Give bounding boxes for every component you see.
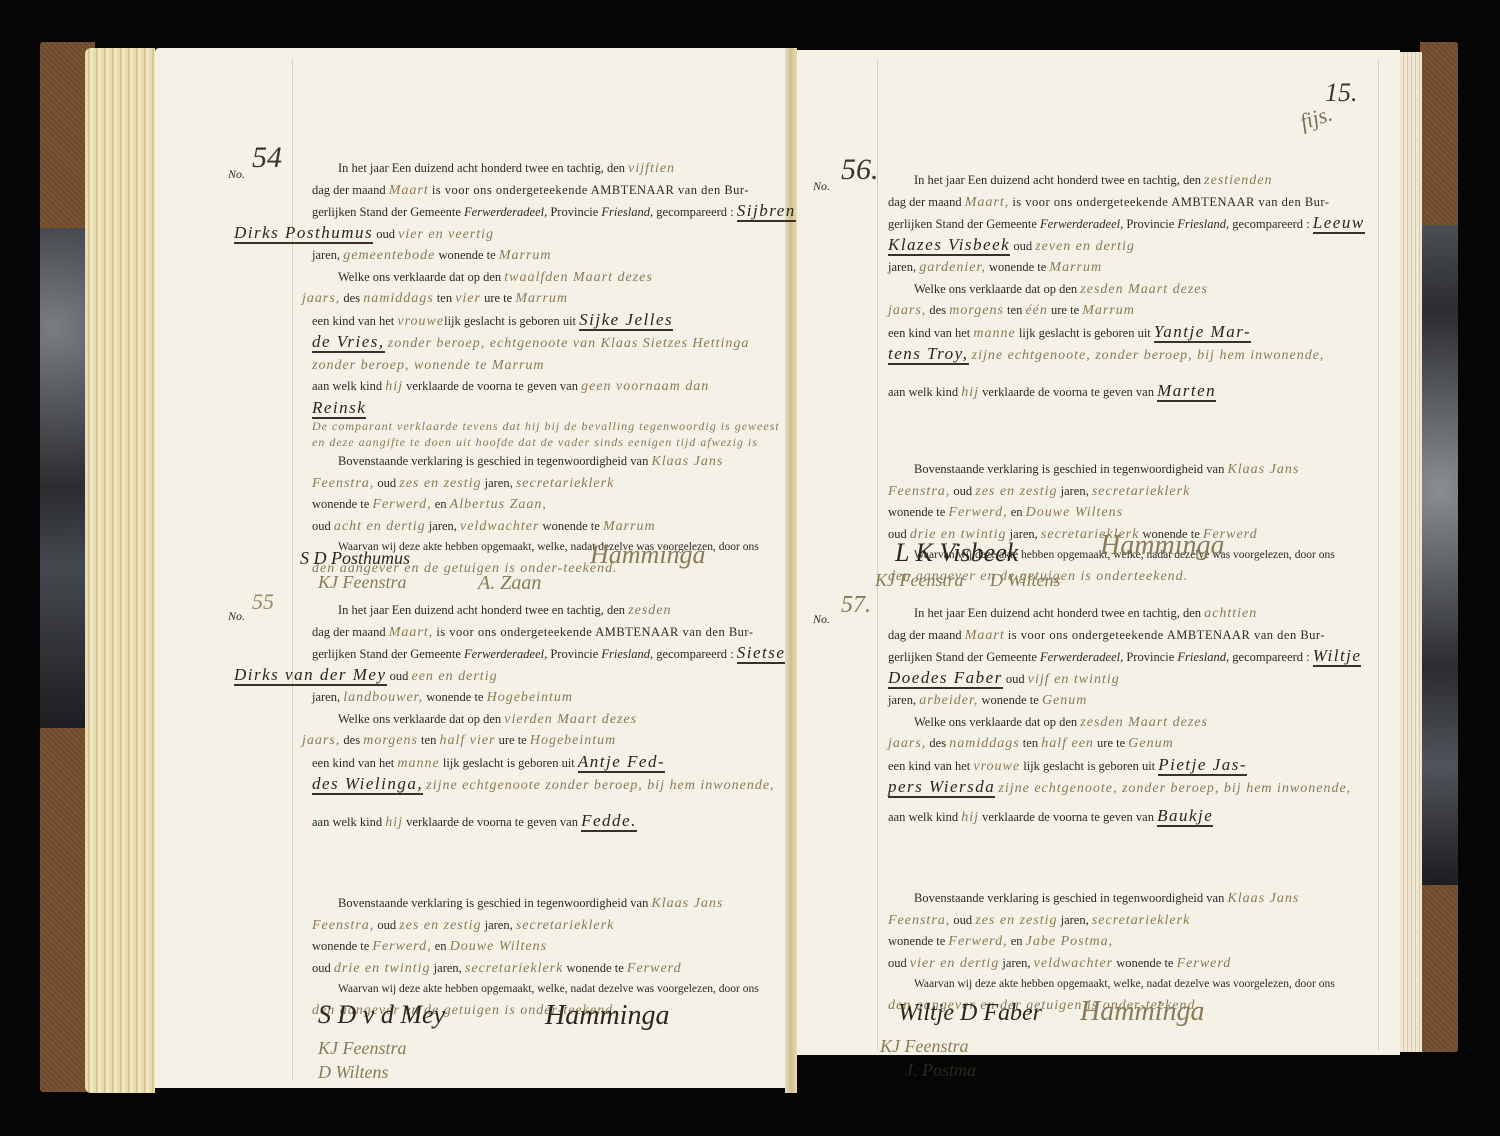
mother-surname: de Vries,	[312, 332, 385, 353]
label-bovenstaande: Bovenstaande verklaring is geschied in t…	[338, 896, 648, 910]
label-aan-welk-kind: aan welk kind	[888, 810, 958, 824]
declarant-age: zeven en dertig	[1035, 239, 1135, 254]
label-provincie: Provincie	[550, 205, 598, 219]
entry-no-label: No.	[813, 609, 830, 630]
witness1-residence: Ferwerd,	[372, 939, 431, 954]
label-voorna: voorna	[477, 815, 512, 829]
intro-text: In het jaar Een duizend acht honderd twe…	[914, 606, 1201, 620]
label-oud: oud	[888, 956, 907, 970]
mother-name: Yantje Mar-	[1154, 322, 1251, 343]
declarant-age: vijf en twintig	[1028, 672, 1120, 687]
label-ambtenaar: is voor ons ondergeteekende AMBTENAAR va…	[432, 183, 749, 197]
day-field: zesden	[628, 603, 671, 618]
province: Friesland,	[601, 647, 653, 661]
declarant-name: Dirks van der Mey	[234, 665, 387, 686]
witness1-name: Klaas Jans	[1227, 891, 1299, 906]
label-dag: dag der maand	[888, 628, 962, 642]
label-dag: dag der maand	[888, 195, 962, 209]
label-provincie: Provincie	[1126, 650, 1174, 664]
signature-declarant: S D v d Mey	[318, 1000, 445, 1030]
declarant-occupation: landbouwer,	[343, 690, 423, 705]
signature-declarant: S D Posthumus	[300, 548, 410, 569]
label-oud: oud	[312, 519, 331, 533]
time-of-day: namiddags	[949, 736, 1019, 751]
label-wonende: wonende te	[426, 690, 483, 704]
witness1-name: Klaas Jans	[651, 454, 723, 469]
witness2-name: Douwe Wiltens	[1026, 505, 1123, 520]
label-oud: oud	[377, 476, 396, 490]
signature-declarant: Wiltje D Faber	[898, 1000, 1042, 1027]
label-wonende: wonende te	[543, 519, 600, 533]
witness1-age: zes en zestig	[975, 484, 1057, 499]
signature-witness2: D Wiltens	[990, 570, 1061, 591]
label-provincie: Provincie	[1126, 217, 1174, 231]
province: Friesland,	[601, 205, 653, 219]
label-welke: Welke ons verklaarde dat op den	[914, 282, 1077, 296]
label-te-geven: te geven van	[1091, 810, 1154, 824]
signature-official: Hamminga	[1100, 530, 1224, 562]
birth-hour: vier	[455, 291, 481, 306]
pronoun: hij	[385, 379, 403, 394]
declarant-occupation: arbeider,	[919, 693, 978, 708]
province: Friesland,	[1177, 650, 1229, 664]
witness1-name: Klaas Jans	[1227, 462, 1299, 477]
label-en: en	[435, 939, 447, 953]
label-des: des	[929, 303, 946, 317]
label-wonende: wonende te	[888, 505, 945, 519]
label-aan-welk-kind: aan welk kind	[312, 815, 382, 829]
entry-no-label: No.	[228, 164, 245, 185]
label-ambtenaar: is voor ons ondergeteekende AMBTENAAR va…	[1012, 195, 1329, 209]
label-en: en	[1011, 934, 1023, 948]
pronoun: hij	[961, 810, 979, 825]
mother-note: zijne echtgenoote, zonder beroep, bij he…	[972, 348, 1325, 363]
label-gemeente: gerlijken Stand der Gemeente	[312, 205, 461, 219]
birth-year-word: jaars,	[888, 736, 926, 751]
label-bovenstaande: Bovenstaande verklaring is geschied in t…	[338, 454, 648, 468]
declarant-residence: Marrum	[1049, 260, 1102, 275]
label-en: en	[435, 497, 447, 511]
mother-note: zijne echtgenoote zonder beroep, bij hem…	[426, 778, 774, 793]
province: Friesland,	[1177, 217, 1229, 231]
witness1-residence: Ferwerd,	[948, 505, 1007, 520]
witness2-name: Jabe Postma,	[1026, 934, 1113, 949]
label-provincie: Provincie	[550, 647, 598, 661]
witness2-age: vier en dertig	[910, 956, 999, 971]
witness1-age: zes en zestig	[399, 476, 481, 491]
label-jaren: jaren,	[429, 519, 457, 533]
birth-hour: half vier	[439, 733, 495, 748]
child-sex: manne	[397, 756, 439, 771]
label-gemeente: gerlijken Stand der Gemeente	[888, 217, 1037, 231]
entry-no-label: No.	[228, 606, 245, 627]
child-name: Marten	[1157, 381, 1216, 402]
label-geslacht: lijk geslacht is geboren uit	[443, 756, 575, 770]
witness1-surname: Feenstra,	[888, 484, 950, 499]
witness1-residence: Ferwerd,	[372, 497, 431, 512]
margin-rule-right	[877, 60, 878, 1050]
label-gecompareerd: gecompareerd :	[1232, 650, 1309, 664]
day-field: achttien	[1204, 606, 1257, 621]
label-ure: ure te	[499, 733, 527, 747]
signature-official: Hamminga	[1080, 996, 1204, 1028]
label-verklaarde: verklaarde de	[982, 385, 1050, 399]
label-bovenstaande: Bovenstaande verklaring is geschied in t…	[914, 891, 1224, 905]
municipality: Ferwerderadeel,	[464, 647, 547, 661]
witness2-age: acht en dertig	[334, 519, 426, 534]
child-sex: vrouwe	[973, 759, 1020, 774]
month-field: Maart,	[965, 195, 1010, 210]
signature-witness1: KJ Feenstra	[318, 1038, 406, 1059]
label-dag: dag der maand	[312, 625, 386, 639]
birth-date: zesden Maart dezes	[1080, 282, 1208, 297]
birth-hour: één	[1025, 303, 1047, 318]
label-jaren: jaren,	[1061, 913, 1089, 927]
child-sex: manne	[973, 326, 1015, 341]
witness1-occupation: secretarieklerk	[516, 918, 614, 933]
declarant-first-name: Sietse	[737, 643, 786, 664]
label-jaren: jaren,	[485, 918, 513, 932]
label-oud: oud	[390, 669, 409, 683]
mother-note: zijne echtgenoote, zonder beroep, bij he…	[998, 781, 1351, 796]
label-geslacht: lijk geslacht is geboren uit	[1019, 326, 1151, 340]
label-jaren: jaren,	[434, 961, 462, 975]
intro-text: In het jaar Een duizend acht honderd twe…	[914, 173, 1201, 187]
declarant-name: Dirks Posthumus	[234, 223, 373, 244]
witness2-name: Albertus Zaan,	[450, 497, 547, 512]
label-des: des	[343, 733, 360, 747]
label-jaren: jaren,	[312, 248, 340, 262]
label-wonende: wonende te	[566, 961, 623, 975]
witness2-name: Douwe Wiltens	[450, 939, 547, 954]
entry-number: 55	[252, 592, 274, 613]
day-field: zestienden	[1204, 173, 1272, 188]
label-kind: een kind van het	[312, 756, 394, 770]
signature-witness2: J. Postma	[905, 1060, 976, 1081]
page-edges-left	[85, 48, 155, 1093]
mother-surname: des Wielinga,	[312, 774, 423, 795]
label-geslacht: lijk geslacht is geboren uit	[444, 314, 576, 328]
label-en: en	[1011, 505, 1023, 519]
folio-number: 15.	[1325, 78, 1358, 108]
label-verklaarde: verklaarde de	[982, 810, 1050, 824]
mother-surname: pers Wiersda	[888, 777, 995, 798]
witness2-residence: Marrum	[603, 519, 656, 534]
pronoun: hij	[961, 385, 979, 400]
day-field: vijftien	[628, 161, 675, 176]
witness1-occupation: secretarieklerk	[1092, 484, 1190, 499]
label-des: des	[929, 736, 946, 750]
birth-hour: half een	[1041, 736, 1094, 751]
label-waarvan: Waarvan wij deze akte hebben opgemaakt, …	[338, 983, 759, 995]
declarant-residence: Genum	[1042, 693, 1087, 708]
label-jaren: jaren,	[888, 693, 916, 707]
label-oud: oud	[377, 918, 396, 932]
mother-name: Antje Fed-	[578, 752, 665, 773]
birth-date: zesden Maart dezes	[1080, 715, 1208, 730]
declarant-occupation: gemeentebode	[343, 248, 435, 263]
witness1-age: zes en zestig	[975, 913, 1057, 928]
time-of-day: namiddags	[363, 291, 433, 306]
birth-year-word: jaars,	[302, 291, 340, 306]
label-wonende: wonende te	[312, 939, 369, 953]
label-te-geven: te geven van	[515, 815, 578, 829]
label-ten: ten	[1007, 303, 1022, 317]
label-aan-welk-kind: aan welk kind	[312, 379, 382, 393]
declarant-residence: Hogebeintum	[487, 690, 573, 705]
label-des: des	[343, 291, 360, 305]
signature-witness2: D Wiltens	[318, 1062, 389, 1083]
child-name-prefix: geen voornaam dan	[581, 379, 709, 394]
child-name: Reinsk	[312, 398, 366, 419]
label-jaren: jaren,	[485, 476, 513, 490]
label-wonende: wonende te	[312, 497, 369, 511]
label-kind: een kind van het	[312, 314, 394, 328]
witness1-occupation: secretarieklerk	[516, 476, 614, 491]
label-voorna: voorna	[1053, 810, 1088, 824]
birth-date: twaalfden Maart dezes	[504, 270, 653, 285]
marbled-board-left	[40, 228, 88, 728]
label-gecompareerd: gecompareerd :	[1232, 217, 1309, 231]
signature-witness1: KJ Feenstra	[875, 570, 963, 591]
label-ambtenaar: is voor ons ondergeteekende AMBTENAAR va…	[1008, 628, 1325, 642]
declarant-first-name: Sijbren	[737, 201, 796, 222]
margin-rule-right-outer	[1378, 60, 1379, 1050]
label-wonende: wonende te	[438, 248, 495, 262]
intro-text: In het jaar Een duizend acht honderd twe…	[338, 161, 625, 175]
label-geslacht: lijk geslacht is geboren uit	[1023, 759, 1155, 773]
label-wonende: wonende te	[982, 693, 1039, 707]
child-name: Fedde.	[581, 811, 637, 832]
declarant-first-name: Leeuw	[1313, 213, 1365, 234]
label-wonende: wonende te	[888, 934, 945, 948]
signature-official: Hamminga	[545, 1000, 669, 1032]
birth-date: vierden Maart dezes	[504, 712, 637, 727]
label-te-geven: te geven van	[1091, 385, 1154, 399]
label-kind: een kind van het	[888, 759, 970, 773]
label-ure: ure te	[484, 291, 512, 305]
label-jaren: jaren,	[888, 260, 916, 274]
birth-year-word: jaars,	[302, 733, 340, 748]
child-sex: vrouwe	[397, 314, 444, 329]
witness1-name: Klaas Jans	[651, 896, 723, 911]
label-gecompareerd: gecompareerd :	[656, 205, 733, 219]
witness1-surname: Feenstra,	[888, 913, 950, 928]
birth-year-word: jaars,	[888, 303, 926, 318]
witness1-age: zes en zestig	[399, 918, 481, 933]
label-oud: oud	[1013, 239, 1032, 253]
label-wonende: wonende te	[1116, 956, 1173, 970]
label-jaren: jaren,	[312, 690, 340, 704]
mother-name: Pietje Jas-	[1158, 755, 1247, 776]
label-te-geven: te geven van	[515, 379, 578, 393]
declarant-residence: Marrum	[499, 248, 552, 263]
declarant-age: vier en veertig	[398, 227, 494, 242]
label-voorna: voorna	[1053, 385, 1088, 399]
label-ure: ure te	[1051, 303, 1079, 317]
entry-number: 57.	[841, 595, 871, 616]
label-wonende: wonende te	[989, 260, 1046, 274]
witness1-residence: Ferwerd,	[948, 934, 1007, 949]
declarant-occupation: gardenier,	[919, 260, 986, 275]
label-voorna: voorna	[477, 379, 512, 393]
witness2-residence: Ferwerd	[1177, 956, 1232, 971]
month-field: Maart,	[389, 625, 434, 640]
witness2-residence: Ferwerd	[627, 961, 682, 976]
intro-text: In het jaar Een duizend acht honderd twe…	[338, 603, 625, 617]
label-oud: oud	[953, 913, 972, 927]
entry-number: 56.	[841, 160, 879, 181]
label-gemeente: gerlijken Stand der Gemeente	[888, 650, 1037, 664]
child-name: Baukje	[1157, 806, 1213, 827]
label-ambtenaar: is voor ons ondergeteekende AMBTENAAR va…	[436, 625, 753, 639]
signature-witness2: A. Zaan	[478, 572, 541, 595]
label-oud: oud	[953, 484, 972, 498]
label-waarvan: Waarvan wij deze akte hebben opgemaakt, …	[914, 978, 1335, 990]
municipality: Ferwerderadeel,	[1040, 217, 1123, 231]
declarant-name: Klazes Visbeek	[888, 235, 1010, 256]
page-edges-right	[1400, 52, 1422, 1052]
signature-witness1: KJ Feenstra	[318, 572, 406, 593]
witness2-occupation: secretarieklerk	[465, 961, 563, 976]
label-jaren: jaren,	[1002, 956, 1030, 970]
witness2-occupation: veldwachter	[460, 519, 539, 534]
label-oud: oud	[376, 227, 395, 241]
witness2-occupation: veldwachter	[1034, 956, 1113, 971]
declarant-age: een en dertig	[412, 669, 498, 684]
marginal-note: De comparant verklaarde tevens dat hij b…	[312, 419, 780, 449]
time-of-day: morgens	[363, 733, 418, 748]
label-verklaarde: verklaarde de	[406, 379, 474, 393]
label-ure: ure te	[1097, 736, 1125, 750]
label-gecompareerd: gecompareerd :	[656, 647, 733, 661]
signature-witness1: KJ Feenstra	[880, 1036, 968, 1057]
declarant-first-name: Wiltje	[1313, 646, 1362, 667]
label-welke: Welke ons verklaarde dat op den	[914, 715, 1077, 729]
municipality: Ferwerderadeel,	[1040, 650, 1123, 664]
witness1-surname: Feenstra,	[312, 918, 374, 933]
birth-place: Genum	[1128, 736, 1173, 751]
birth-place: Marrum	[515, 291, 568, 306]
time-of-day: morgens	[949, 303, 1004, 318]
mother-surname: tens Troy,	[888, 344, 969, 365]
label-ten: ten	[1023, 736, 1038, 750]
entry-no-label: No.	[813, 176, 830, 197]
label-kind: een kind van het	[888, 326, 970, 340]
label-ten: ten	[437, 291, 452, 305]
witness2-age: drie en twintig	[334, 961, 431, 976]
label-oud: oud	[1006, 672, 1025, 686]
label-bovenstaande: Bovenstaande verklaring is geschied in t…	[914, 462, 1224, 476]
margin-rule-left	[292, 60, 293, 1080]
marbled-board-right	[1422, 225, 1458, 885]
month-field: Maart	[389, 183, 429, 198]
label-dag: dag der maand	[312, 183, 386, 197]
label-ten: ten	[421, 733, 436, 747]
witness1-surname: Feenstra,	[312, 476, 374, 491]
pronoun: hij	[385, 815, 403, 830]
label-welke: Welke ons verklaarde dat op den	[338, 270, 501, 284]
birth-place: Marrum	[1082, 303, 1135, 318]
birth-place: Hogebeintum	[530, 733, 616, 748]
witness1-occupation: secretarieklerk	[1092, 913, 1190, 928]
label-gemeente: gerlijken Stand der Gemeente	[312, 647, 461, 661]
label-aan-welk-kind: aan welk kind	[888, 385, 958, 399]
municipality: Ferwerderadeel,	[464, 205, 547, 219]
declarant-name: Doedes Faber	[888, 668, 1003, 689]
label-welke: Welke ons verklaarde dat op den	[338, 712, 501, 726]
label-oud: oud	[312, 961, 331, 975]
month-field: Maart	[965, 628, 1005, 643]
label-jaren: jaren,	[1061, 484, 1089, 498]
mother-name: Sijke Jelles	[579, 310, 673, 331]
signature-official: Hamminga	[590, 540, 706, 570]
label-verklaarde: verklaarde de	[406, 815, 474, 829]
entry-number: 54	[252, 148, 282, 169]
signature-declarant: L K Visbeek	[895, 538, 1018, 568]
